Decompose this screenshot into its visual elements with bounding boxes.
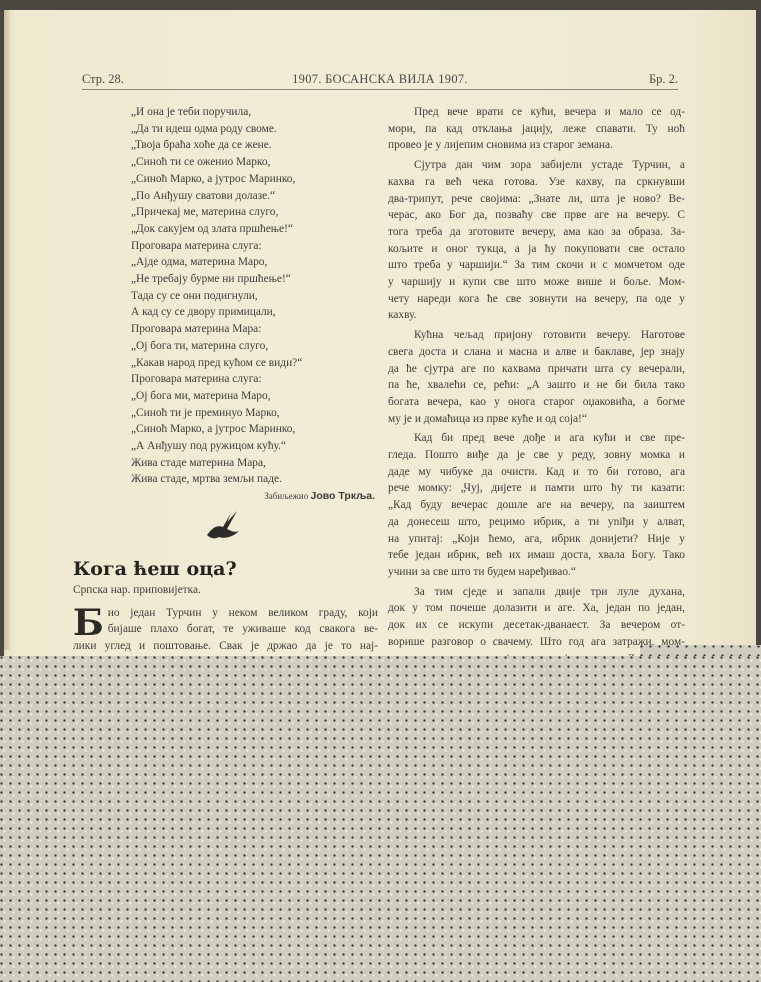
text-line: чету нареди кога ће све зовнути на вечер… [388, 291, 685, 308]
poem-line: „Ајде одма, материна Маро, [131, 254, 378, 271]
text-line: тога треба да зготовите вечеру, ама као … [388, 224, 685, 241]
ornament [73, 505, 378, 551]
text-line: два-трипут, рече својима: „Знате ли, шта… [388, 191, 685, 208]
poem-line: „Да ти идеш одма роду своме. [131, 121, 378, 138]
poem-line: „Причекај ме, материна слуго, [131, 204, 378, 221]
text-line: што треба у чаршији.“ За тим скочи и с м… [388, 257, 685, 274]
poem-line: „По Анђушу сватови долазе.“ [131, 188, 378, 205]
text-line: учини за све што ти будем наређивао.“ [388, 564, 685, 581]
page-spine [4, 10, 10, 650]
text-line: бијаше плахо богат, те уживаше код свако… [108, 621, 378, 638]
text-line: даде му чибуке да очисти. Кад и то би го… [388, 464, 685, 481]
text-line: провео је у лијепим сновима из старог зе… [388, 137, 685, 154]
issue-number: Бр. 2. [649, 72, 678, 87]
left-column: „И она је теби поручила,„Да ти идеш одма… [73, 104, 378, 711]
poem-line: Жива стаде материна Мара, [131, 455, 378, 472]
text-line: па ће, хвалећи се, рећи: „А зашто и не б… [388, 377, 685, 394]
poem-line: „А Анђушу под ружицом кућу.“ [131, 438, 378, 455]
poem-line: Проговара материна Мара: [131, 321, 378, 338]
text-line: му је и домаћица из прве куће и од соја!… [388, 411, 685, 428]
text-line: Пред вече врати се кући, вечера и мало с… [388, 104, 685, 121]
poem-line: „Док сакујем од злата пршћење!“ [131, 221, 378, 238]
poem-line: „И она је теби поручила, [131, 104, 378, 121]
running-header: Стр. 28. 1907. БОСАНСКА ВИЛА 1907. Бр. 2… [82, 72, 678, 90]
text-line: Сјутра дан чим зора забијели устаде Турч… [388, 157, 685, 174]
text-line: док их се искупи десетак-дванаест. За ве… [388, 617, 685, 634]
text-line: кахва га већ чека готова. Узе кахву, па … [388, 174, 685, 191]
text-line: Кућна чељад пријону готовити вечеру. Наг… [388, 327, 685, 344]
swallow-bird-icon [203, 509, 243, 543]
journal-title: 1907. БОСАНСКА ВИЛА 1907. [82, 72, 678, 87]
text-line: кољите и оног тукца, а ја ћу покуповати … [388, 241, 685, 258]
text-line: да донесеш што, рецимо ибрик, а ти уniђи… [388, 514, 685, 531]
text-line: свега доста и слана и масна и алве и бак… [388, 344, 685, 361]
text-line: мори, па кад отклања јацију, леже спават… [388, 121, 685, 138]
text-line: кахву. [388, 307, 685, 324]
credit-author: Јово Тркља. [310, 490, 375, 502]
paragraph: Сјутра дан чим зора забијели устаде Турч… [388, 157, 685, 324]
text-line: у чаршију и купи све што може више и бољ… [388, 274, 685, 291]
text-line: За тим сједе и запали двије три луле дух… [388, 584, 685, 601]
drop-cap: Б [73, 608, 104, 638]
poem-line: „Синоћ ти се оженио Марко, [131, 154, 378, 171]
poem-line: „Не требају бурме ни пршћење!“ [131, 271, 378, 288]
poem-line: „Синоћ Марко, а јутрос Маринко, [131, 421, 378, 438]
header-rule [82, 89, 678, 90]
text-line: Кад би пред вече дође и ага кући и све п… [388, 430, 685, 447]
text-line: да ће сјутра аге по кахвама причати шта … [388, 361, 685, 378]
poem-line: Проговара материна слуга: [131, 371, 378, 388]
story-body-right: Пред вече врати се кући, вечера и мало с… [388, 104, 685, 717]
poem-line: „Синоћ Марко, а јутрос Маринко, [131, 171, 378, 188]
poem-line: Проговара материна слуга: [131, 238, 378, 255]
text-line: гледа. Пошто виђе да је све у реду, зовн… [388, 447, 685, 464]
poem-line: „Синоћ ти је преминуо Марко, [131, 405, 378, 422]
text-line: черас, ако Бог да, позваћу све прве аге … [388, 207, 685, 224]
poem-line: Тада су се они подигнули, [131, 288, 378, 305]
paragraph: Кућна чељад пријону готовити вечеру. Наг… [388, 327, 685, 427]
text-line: тебе један ибрик, већ их имаш доста, хва… [388, 547, 685, 564]
credit-prefix: Забиљежио [264, 491, 308, 501]
story-subtitle: Српска нар. приповијетка. [73, 582, 378, 599]
poem-line: „Ој бога ти, материна слуго, [131, 338, 378, 355]
poem: „И она је теби поручила,„Да ти идеш одма… [73, 104, 378, 488]
poem-line: „Твоја браћа хоће да се жене. [131, 137, 378, 154]
text-line: богата вечера, као у онога старог оџаков… [388, 394, 685, 411]
paragraph: Кад би пред вече дође и ага кући и све п… [388, 430, 685, 580]
text-line: док у том почеше долазити и аге. Ха, јед… [388, 600, 685, 617]
text-line: ио један Турчин у неком великом граду, к… [108, 605, 378, 622]
poem-line: А кад су се двору примицали, [131, 304, 378, 321]
poem-line: „Ој бога ми, материна Маро, [131, 388, 378, 405]
text-line: рече момку: „Чуј, дијете и памти што ћу … [388, 480, 685, 497]
poem-credit: Забиљежио Јово Тркља. [73, 488, 378, 505]
redaction-pattern [0, 656, 761, 982]
poem-line: Жива стаде, мртва земљи паде. [131, 471, 378, 488]
paragraph: Пред вече врати се кући, вечера и мало с… [388, 104, 685, 154]
text-line: на упитај: „Који ћемо, ага, ибрик доније… [388, 531, 685, 548]
right-column: Пред вече врати се кући, вечера и мало с… [388, 104, 685, 720]
story-title: Кога ћеш оца? [73, 557, 378, 581]
text-line: „Кад буду вечерас дошле аге на вечеру, п… [388, 497, 685, 514]
text-line: лики углед и поштовање. Свак је држао да… [73, 638, 378, 655]
poem-line: „Какав народ пред кућом се види?“ [131, 355, 378, 372]
